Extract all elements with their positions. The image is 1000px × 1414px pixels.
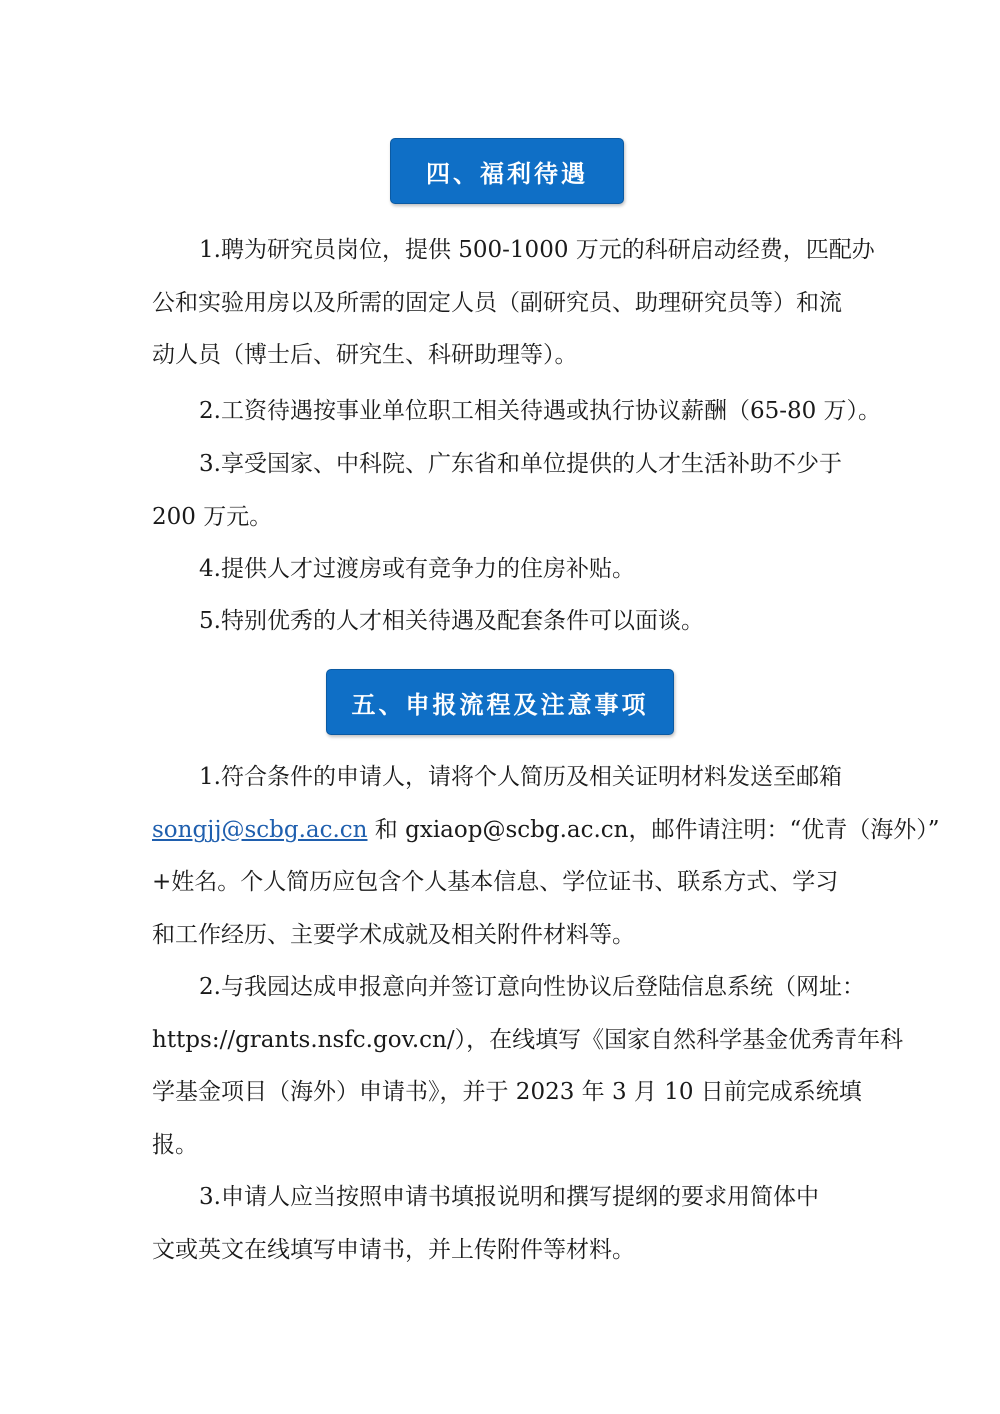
text-line: 报。 [152, 1119, 852, 1172]
text-line: 2.工资待遇按事业单位职工相关待遇或执行协议薪酬（65-80 万）。 [152, 385, 852, 438]
section-heading-text: 四、福利待遇 [426, 154, 588, 189]
text-line: 3.享受国家、中科院、广东省和单位提供的人才生活补助不少于 [152, 438, 852, 491]
text-line: 2.与我园达成申报意向并签订意向性协议后登陆信息系统（网址： [152, 961, 852, 1014]
text-line: 动人员（博士后、研究生、科研助理等）。 [152, 329, 852, 382]
welfare-item-4: 4.提供人才过渡房或有竞争力的住房补贴。 [152, 543, 852, 596]
text-line: 4.提供人才过渡房或有竞争力的住房补贴。 [152, 543, 852, 596]
process-item-2: 2.与我园达成申报意向并签订意向性协议后登陆信息系统（网址： https://g… [152, 961, 852, 1171]
text-line: songjj@scbg.ac.cn 和 gxiaop@scbg.ac.cn，邮件… [152, 804, 852, 857]
process-item-3: 3.申请人应当按照申请书填报说明和撰写提纲的要求用简体中 文或英文在线填写申请书… [152, 1171, 852, 1276]
text-line: 文或英文在线填写申请书，并上传附件等材料。 [152, 1224, 852, 1277]
text-line: https://grants.nsfc.gov.cn/），在线填写《国家自然科学… [152, 1014, 852, 1067]
text-line: +姓名。个人简历应包含个人基本信息、学位证书、联系方式、学习 [152, 856, 852, 909]
section-heading-application-process: 五、申报流程及注意事项 [326, 669, 674, 735]
email-link[interactable]: songjj@scbg.ac.cn [152, 817, 368, 843]
text-line: 学基金项目（海外）申请书》，并于 2023 年 3 月 10 日前完成系统填 [152, 1066, 852, 1119]
section-heading-welfare: 四、福利待遇 [390, 138, 624, 204]
process-item-1: 1.符合条件的申请人，请将个人简历及相关证明材料发送至邮箱 songjj@scb… [152, 751, 852, 961]
text-line: 公和实验用房以及所需的固定人员（副研究员、助理研究员等）和流 [152, 277, 852, 330]
section-heading-text: 五、申报流程及注意事项 [352, 685, 649, 720]
text-segment: 和 gxiaop@scbg.ac.cn，邮件请注明：“优青（海外）” [368, 817, 940, 843]
welfare-item-3: 3.享受国家、中科院、广东省和单位提供的人才生活补助不少于 200 万元。 [152, 438, 852, 543]
welfare-item-5: 5.特别优秀的人才相关待遇及配套条件可以面谈。 [152, 595, 852, 648]
welfare-item-2: 2.工资待遇按事业单位职工相关待遇或执行协议薪酬（65-80 万）。 [152, 385, 852, 438]
welfare-item-1: 1.聘为研究员岗位，提供 500-1000 万元的科研启动经费，匹配办 公和实验… [152, 224, 852, 382]
text-line: 5.特别优秀的人才相关待遇及配套条件可以面谈。 [152, 595, 852, 648]
text-line: 200 万元。 [152, 491, 852, 544]
text-line: 3.申请人应当按照申请书填报说明和撰写提纲的要求用简体中 [152, 1171, 852, 1224]
text-line: 和工作经历、主要学术成就及相关附件材料等。 [152, 909, 852, 962]
text-line: 1.符合条件的申请人，请将个人简历及相关证明材料发送至邮箱 [152, 751, 852, 804]
text-line: 1.聘为研究员岗位，提供 500-1000 万元的科研启动经费，匹配办 [152, 224, 852, 277]
